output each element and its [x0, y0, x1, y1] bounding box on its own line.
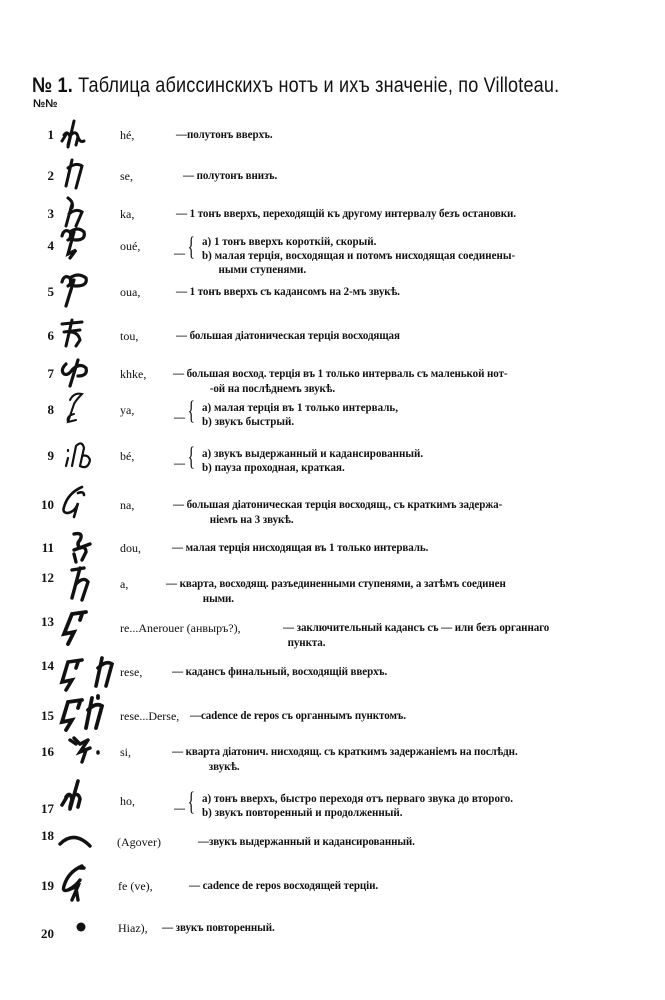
meaning-b: b) звукъ быстрый.: [202, 414, 398, 428]
meaning-text: —cadence de repos съ органнымъ пунктомъ.: [190, 708, 406, 722]
note-name: rese,: [120, 665, 142, 680]
meaning-text: — малая терція нисходящая въ 1 только ин…: [172, 540, 428, 554]
row-number: 10: [34, 497, 54, 513]
note-name: dou,: [120, 541, 141, 556]
row-number: 17: [34, 801, 54, 817]
meaning-a: a) тонъ вверхъ, быстро переходя отъ перв…: [202, 791, 513, 805]
meaning-text: — cadence de repos восходящей терціи.: [189, 878, 378, 892]
meaning-options: a) малая терція въ 1 только интерваль,b)…: [202, 400, 398, 428]
page-title: № 1. Таблица абиссинскихъ нотъ и ихъ зна…: [32, 74, 559, 98]
dash: —: [174, 410, 185, 425]
note-meaning: — малая терція нисходящая въ 1 только ин…: [172, 540, 428, 555]
column-label: №№: [33, 98, 58, 110]
row-number: 7: [34, 366, 54, 382]
meaning-continued: нiемъ на 3 звукѣ.: [173, 512, 502, 527]
dash: —: [174, 801, 185, 816]
meaning-text: — большая дiатоническая терція восходяща…: [176, 328, 400, 342]
note-name: ho,: [120, 794, 135, 809]
row-number: 4: [34, 238, 54, 254]
meaning-text: — 1 тонъ вверхъ, переходящій къ другому …: [176, 206, 516, 220]
row-number: 2: [34, 168, 54, 184]
rese-note-icon: [58, 654, 120, 692]
note-meaning: — полутонъ внизъ.: [183, 168, 277, 183]
row-number: 16: [34, 744, 54, 760]
note-meaning: —полутонъ вверхъ.: [176, 127, 273, 142]
row-number: 19: [34, 878, 54, 894]
brace: {: [187, 234, 194, 260]
he-note-icon: [58, 119, 92, 149]
note-meaning: —звукъ выдержанный и кадансированный.: [198, 834, 415, 849]
note-meaning: — кварта дiатонич. нисходящ. съ краткимъ…: [172, 744, 518, 774]
se-note-icon: [58, 158, 88, 190]
meaning-text: — большая дiатоническая терція восходящ.…: [173, 497, 502, 511]
row-number: 5: [34, 284, 54, 300]
row-number: 8: [34, 402, 54, 418]
brace: {: [187, 789, 194, 815]
note-meaning: — большая дiатоническая терція восходящ.…: [173, 497, 502, 527]
note-name: a,: [120, 577, 128, 592]
a-note-icon: [66, 564, 96, 602]
meaning-b: b) пауза проходная, краткая.: [202, 460, 423, 474]
row-number: 6: [34, 328, 54, 344]
title-text: Таблица абиссинскихъ нотъ и ихъ значенie…: [78, 74, 559, 97]
note-meaning: — большая восход. терція въ 1 только инт…: [173, 366, 508, 396]
note-name: fe (ve),: [118, 879, 153, 894]
ho-note-icon: [58, 779, 92, 813]
be-note-icon: [62, 436, 96, 472]
row-number: 14: [34, 658, 54, 674]
note-name: re...Anerouer (анвыръ?),: [120, 621, 241, 636]
dot-note-icon: [66, 916, 96, 936]
note-name: tou,: [120, 329, 138, 344]
meaning-continued: ными.: [166, 591, 506, 606]
meaning-options: a) 1 тонъ вверхъ короткій, скорый.b) мал…: [202, 234, 515, 276]
meaning-text: —полутонъ вверхъ.: [176, 127, 273, 141]
meaning-text: — звукъ повторенный.: [162, 920, 275, 934]
na-note-icon: [58, 485, 92, 519]
meaning-a: a) малая терція въ 1 только интерваль,: [202, 400, 398, 414]
tou-note-icon: [58, 318, 88, 348]
meaning-a: a) 1 тонъ вверхъ короткій, скорый.: [202, 234, 515, 248]
note-meaning: — большая дiатоническая терція восходяща…: [176, 328, 400, 343]
note-name: oué,: [120, 239, 140, 254]
note-name: bé,: [120, 449, 134, 464]
note-name: Hiaz),: [118, 921, 148, 936]
meaning-b: b) звукъ повторенный и продолженный.: [202, 805, 513, 819]
note-meaning: — звукъ повторенный.: [162, 920, 275, 935]
row-number: 12: [34, 570, 54, 586]
row-number: 18: [34, 828, 54, 844]
note-meaning: —cadence de repos съ органнымъ пунктомъ.: [190, 708, 406, 723]
note-name: ka,: [120, 207, 134, 222]
si-note-icon: [66, 734, 102, 766]
agover-note-icon: [58, 830, 92, 850]
meaning-continued: пункта.: [283, 635, 549, 650]
note-meaning: — заключительный кадансъ съ — или безъ о…: [283, 620, 549, 650]
meaning-a: a) звукъ выдержанный и кадансированный.: [202, 446, 423, 460]
meaning-text: — 1 тонъ вверхъ съ кадансомъ на 2-мъ зву…: [176, 284, 400, 298]
dou-note-icon: [66, 530, 96, 564]
dash: —: [174, 456, 185, 471]
meaning-text: — кварта дiатонич. нисходящ. съ краткимъ…: [172, 744, 518, 758]
row-number: 15: [34, 708, 54, 724]
note-name: si,: [120, 745, 131, 760]
row-number: 11: [34, 540, 54, 556]
row-number: 13: [34, 614, 54, 630]
row-number: 1: [34, 127, 54, 143]
fe-note-icon: [58, 864, 92, 904]
note-meaning: — 1 тонъ вверхъ съ кадансомъ на 2-мъ зву…: [176, 284, 400, 299]
meaning-options: a) тонъ вверхъ, быстро переходя отъ перв…: [202, 791, 513, 819]
oue-note-icon: [58, 224, 92, 260]
note-name: na,: [120, 498, 134, 513]
khke-note-icon: [58, 356, 92, 388]
row-number: 3: [34, 206, 54, 222]
dash: —: [174, 246, 185, 261]
note-name: se,: [120, 169, 133, 184]
meaning-text: — кадансъ финальный, восходящій вверхъ.: [172, 664, 387, 678]
meaning-text: — заключительный кадансъ съ — или безъ о…: [283, 620, 549, 634]
note-meaning: — кварта, восходящ. разъединенными ступе…: [166, 576, 506, 606]
note-meaning: — 1 тонъ вверхъ, переходящій къ другому …: [176, 206, 516, 221]
meaning-continued: звукѣ.: [172, 759, 518, 774]
note-meaning: — кадансъ финальный, восходящій вверхъ.: [172, 664, 387, 679]
rese-derse-note-icon: [58, 694, 108, 732]
row-number: 20: [34, 926, 54, 942]
note-name: khke,: [120, 367, 146, 382]
brace: {: [187, 444, 194, 470]
note-name: hé,: [120, 128, 134, 143]
meaning-text: — кварта, восходящ. разъединенными ступе…: [166, 576, 506, 590]
meaning-text: — большая восход. терція въ 1 только инт…: [173, 366, 508, 380]
note-meaning: — cadence de repos восходящей терціи.: [189, 878, 378, 893]
brace: {: [187, 398, 194, 424]
title-number: № 1.: [32, 74, 73, 97]
note-name: rese...Derse,: [120, 709, 179, 724]
note-name: ya,: [120, 403, 134, 418]
meaning-b-continued: ными ступенями.: [202, 262, 515, 276]
meaning-text: —звукъ выдержанный и кадансированный.: [198, 834, 415, 848]
note-name: oua,: [120, 285, 140, 300]
meaning-continued: -ой на послѣднемъ звукѣ.: [173, 381, 508, 396]
meaning-b: b) малая терція, восходящая и потомъ нис…: [202, 248, 515, 262]
meaning-text: — полутонъ внизъ.: [183, 168, 277, 182]
re-note-icon: [58, 608, 92, 646]
row-number: 9: [34, 448, 54, 464]
note-name: (Agover): [117, 835, 161, 850]
ya-note-icon: [62, 390, 88, 426]
meaning-options: a) звукъ выдержанный и кадансированный.b…: [202, 446, 423, 474]
oua-note-icon: [58, 270, 92, 308]
